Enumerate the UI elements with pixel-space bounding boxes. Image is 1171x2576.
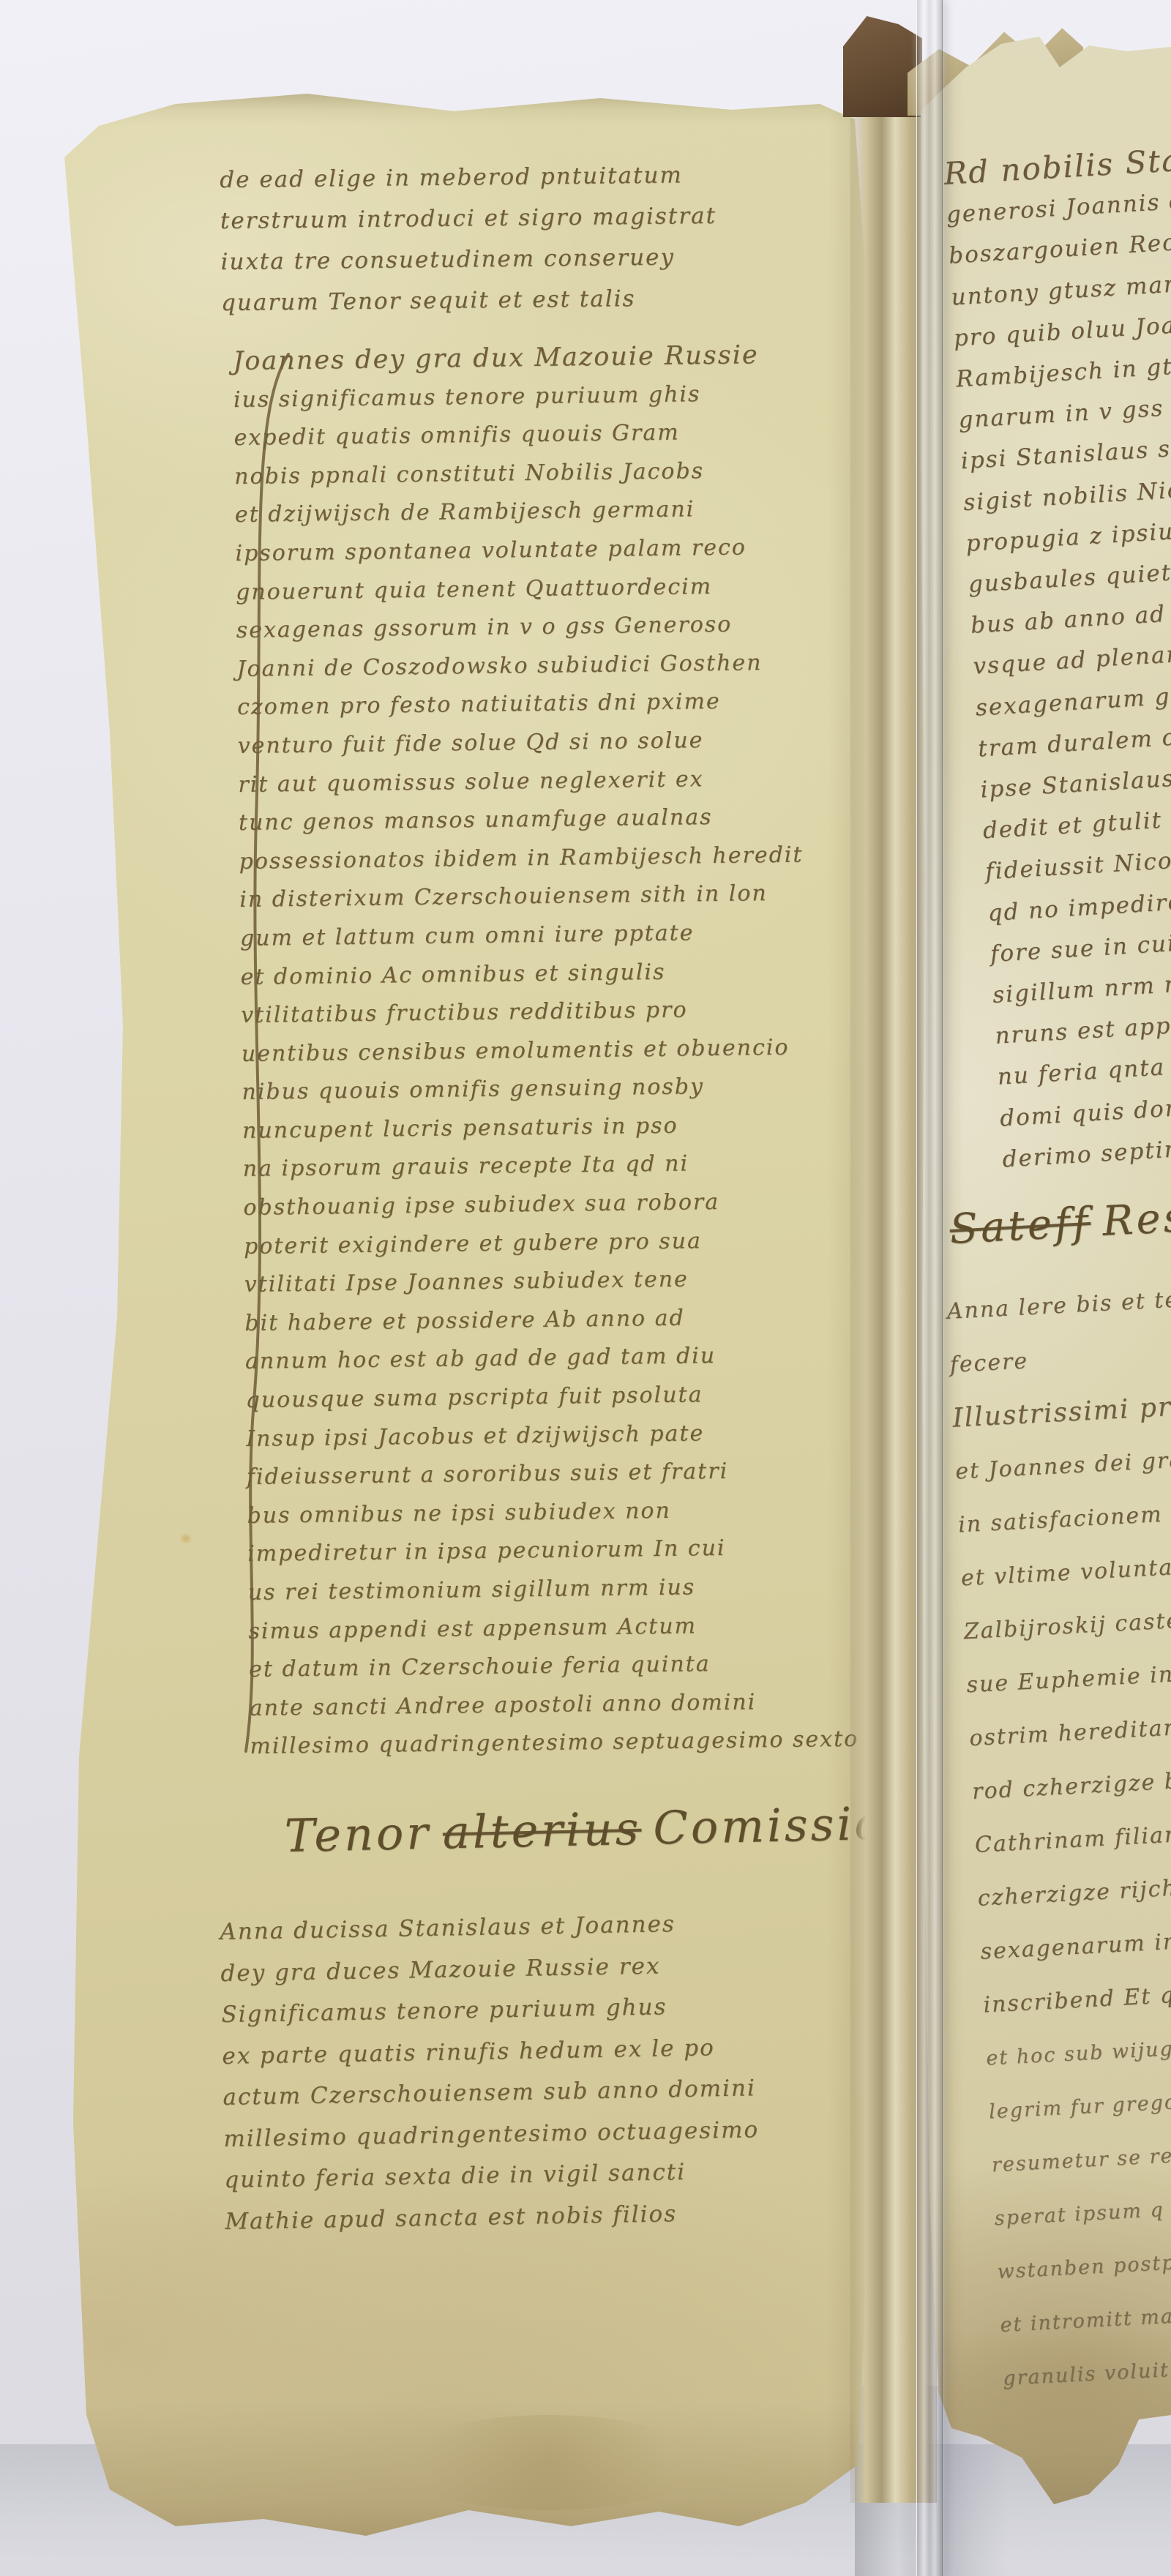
ink-stain (63, 1565, 74, 1576)
right-second-block: Anna lere bis et testibusfecereIllustris… (946, 1267, 1171, 2405)
heading-word-struck: Sateff (949, 1199, 1092, 1254)
left-final-block: Anna ducissa Stanislaus et Joannesdey gr… (220, 1902, 761, 2242)
manuscript-line: Anna lere bis et testibus (946, 1267, 1171, 1338)
manuscript-line: iuxta tre consuetudinem conseruey (220, 236, 717, 282)
glass-weight-strip (916, 0, 943, 2576)
manuscript-line: terstruum introduci et sigro magistrat (220, 195, 717, 241)
left-main-block: Joannes dey gra dux Mazouie Russieius si… (233, 335, 859, 1767)
water-stain (395, 2415, 703, 2510)
manuscript-line: quarum Tenor sequit et est talis (221, 277, 718, 323)
right-first-block: Rd nobilis Stanislausgenerosi Joannis de… (943, 132, 1171, 1180)
manuscript-line: Joannes dey gra dux Mazouie Russie (233, 335, 842, 381)
manuscript-line: de ead elige in meberod pntuitatum (220, 154, 717, 201)
left-intro-block: de ead elige in meberod pntuitatumterstr… (220, 154, 717, 323)
section-heading-restitucio: SateffRestitucio (949, 1185, 1171, 1254)
manuscript-line: millesimo quadringentesimo septuagesimo … (250, 1721, 858, 1767)
manuscript-line: Mathie apud sancta est nobis filios (225, 2192, 761, 2242)
manuscript-line: uentibus censibus emolumentis et obuenci… (242, 1027, 850, 1074)
manuscript-line: in disterixum Czerschouiensem sith in lo… (239, 874, 848, 920)
manuscript-line: Joanni de Coszodowsko subiudici Gosthen (236, 643, 845, 689)
heading-word-struck: alterius (442, 1802, 642, 1860)
page-top-edge-shading (59, 91, 864, 125)
manuscript-photo-scene: de ead elige in meberod pntuitatumterstr… (0, 0, 1171, 2576)
heading-word: Restitucio (1101, 1186, 1171, 1246)
paragraph-swash-flourish (236, 350, 302, 1762)
foxing-spot (179, 1534, 193, 1543)
heading-word: Tenor (284, 1806, 432, 1862)
